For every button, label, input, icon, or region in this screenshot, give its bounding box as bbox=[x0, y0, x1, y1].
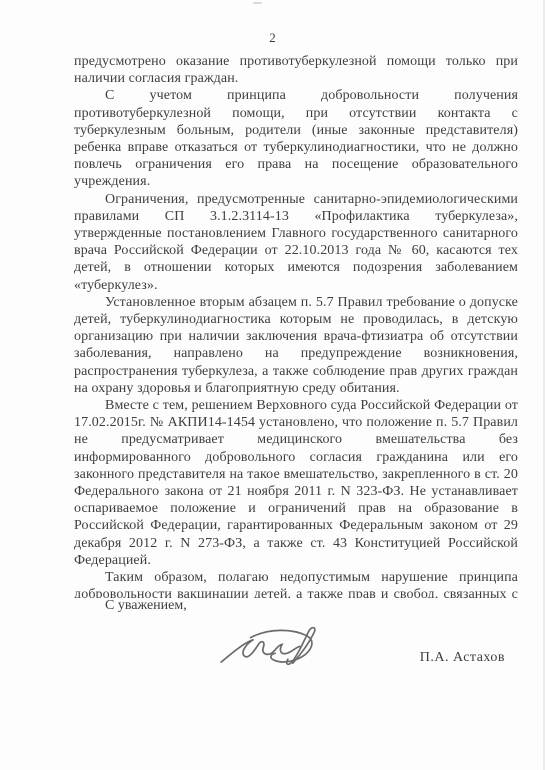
scan-speck-artifact bbox=[253, 2, 262, 4]
paragraph: Ограничения, предусмотренные санитарно-э… bbox=[74, 191, 518, 294]
signer-name: П.А. Астахов bbox=[420, 650, 505, 666]
document-body: предусмотрено оказание противотуберкулез… bbox=[74, 53, 518, 598]
paragraph: предусмотрено оказание противотуберкулез… bbox=[74, 53, 518, 87]
document-page: 2 предусмотрено оказание противотуберкул… bbox=[0, 0, 545, 770]
page-number: 2 bbox=[0, 30, 545, 46]
paragraph: С учетом принципа добровольности получен… bbox=[74, 87, 518, 190]
signature bbox=[218, 616, 346, 671]
paragraph: Таким образом, полагаю недопустимым нару… bbox=[74, 569, 518, 598]
paragraph: Установленное вторым абзацем п. 5.7 Прав… bbox=[74, 294, 518, 397]
closing-salutation: С уважением, bbox=[105, 598, 187, 614]
paragraph: Вместе с тем, решением Верховного суда Р… bbox=[74, 397, 518, 569]
